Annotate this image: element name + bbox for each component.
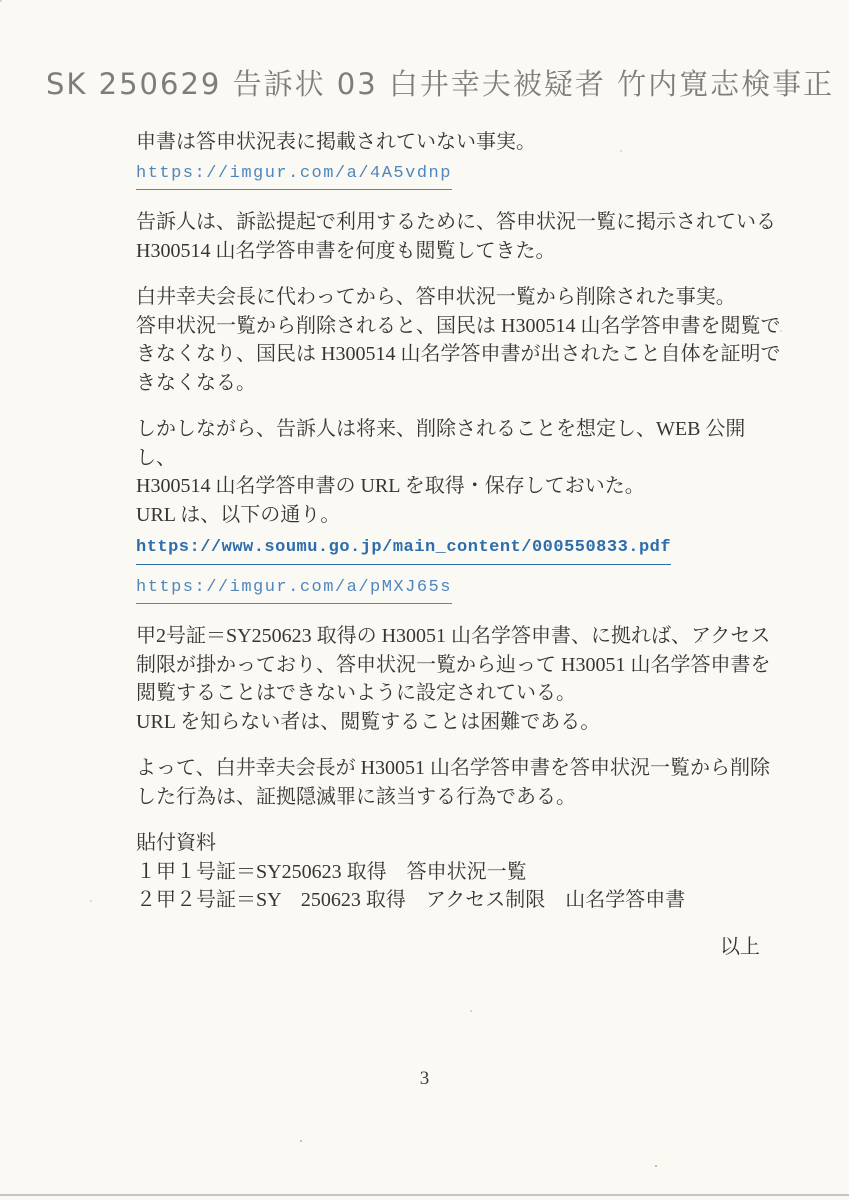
body-line: 申書は答申状況表に掲載されていない事実。	[136, 128, 784, 157]
handwritten-annotation: SK 250629 告訴状 03 白井幸夫被疑者 竹内寛志検事正	[46, 62, 806, 103]
imgur-link-1[interactable]: https://imgur.com/a/4A5vdnp	[136, 160, 452, 191]
closing-mark: 以上	[136, 933, 784, 962]
attachments-section: 貼付資料 １甲１号証＝SY250623 取得 答申状況一覧 ２甲２号証＝SY 2…	[136, 829, 784, 915]
document-body: 申書は答申状況表に掲載されていない事実。 https://imgur.com/a…	[136, 128, 784, 979]
body-line: 白井幸夫会長に代わってから、答申状況一覧から削除された事実。	[136, 283, 784, 312]
body-line: よって、白井幸夫会長が H30051 山名学答申書を答申状況一覧から削除	[136, 754, 784, 783]
body-line: した行為は、証拠隠滅罪に該当する行為である。	[136, 783, 784, 812]
body-line: 告訴人は、訴訟提起で利用するために、答申状況一覧に掲示されている	[136, 208, 784, 237]
page-number: 3	[0, 1068, 849, 1090]
attachment-item: ２甲２号証＝SY 250623 取得 アクセス制限 山名学答申書	[136, 886, 784, 915]
paragraph-6: よって、白井幸夫会長が H30051 山名学答申書を答申状況一覧から削除 した行…	[136, 754, 784, 811]
paragraph-3: 白井幸夫会長に代わってから、答申状況一覧から削除された事実。 答申状況一覧から削…	[136, 283, 784, 397]
body-line: しかしながら、告訴人は将来、削除されることを想定し、WEB 公開し、	[136, 415, 784, 472]
paragraph-2: 告訴人は、訴訟提起で利用するために、答申状況一覧に掲示されている H300514…	[136, 208, 784, 265]
body-line: H300514 山名学答申書を何度も閲覧してきた。	[136, 237, 784, 266]
body-line: 制限が掛かっており、答申状況一覧から辿って H30051 山名学答申書を	[136, 651, 784, 680]
body-line: URL は、以下の通り。	[136, 501, 784, 530]
body-line: 閲覧することはできないように設定されている。	[136, 679, 784, 708]
paragraph-1: 申書は答申状況表に掲載されていない事実。 https://imgur.com/a…	[136, 128, 784, 190]
body-line: きなくなり、国民は H300514 山名学答申書が出されたこと自体を証明で	[136, 340, 784, 369]
body-line: きなくなる。	[136, 369, 784, 398]
paragraph-4: しかしながら、告訴人は将来、削除されることを想定し、WEB 公開し、 H3005…	[136, 415, 784, 604]
body-line: H300514 山名学答申書の URL を取得・保存しておいた。	[136, 472, 784, 501]
scan-edge-artifact	[0, 1194, 849, 1196]
paragraph-5: 甲2号証＝SY250623 取得の H30051 山名学答申書、に拠れば、アクセ…	[136, 622, 784, 736]
attachments-heading: 貼付資料	[136, 829, 784, 858]
body-line: 甲2号証＝SY250623 取得の H30051 山名学答申書、に拠れば、アクセ…	[136, 622, 784, 651]
imgur-link-2[interactable]: https://imgur.com/a/pMXJ65s	[136, 574, 452, 605]
body-line: URL を知らない者は、閲覧することは困難である。	[136, 708, 784, 737]
attachment-item: １甲１号証＝SY250623 取得 答申状況一覧	[136, 858, 784, 887]
soumu-pdf-link[interactable]: https://www.soumu.go.jp/main_content/000…	[136, 534, 671, 565]
body-line: 答申状況一覧から削除されると、国民は H300514 山名学答申書を閲覧で	[136, 312, 784, 341]
